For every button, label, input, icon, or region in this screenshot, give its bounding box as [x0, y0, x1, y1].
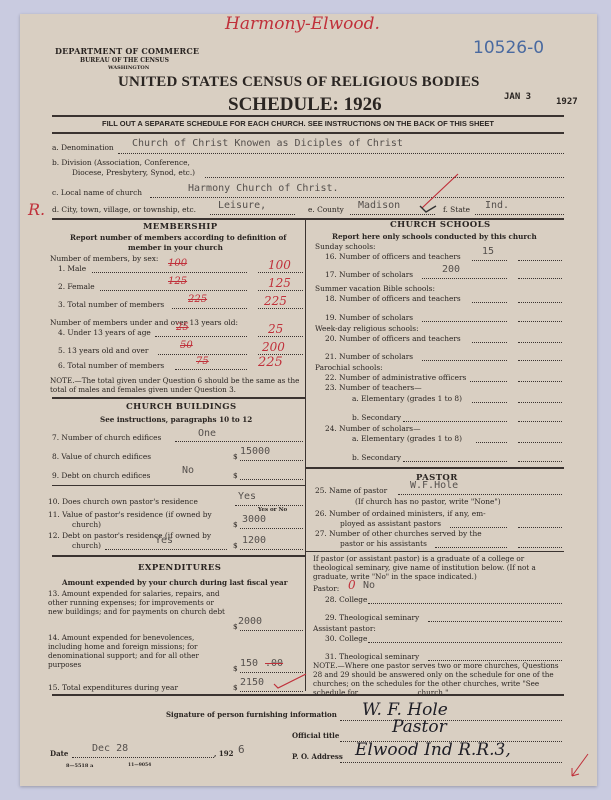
received-stamp-date: JAN 3 — [504, 92, 531, 102]
print-number: 11—9054 — [128, 763, 151, 768]
running-expenses-label: 13. Amount expended for salaries, repair… — [48, 589, 230, 616]
residence-value-field[interactable]: 3000 — [242, 514, 266, 525]
benevolences-struck-cents: .00 — [265, 658, 283, 669]
official-title-field[interactable]: Pastor — [392, 717, 447, 737]
weekday-scholars-label: 21. Number of scholars — [325, 352, 413, 361]
sunday-scholars-label: 17. Number of scholars — [325, 270, 413, 279]
total-by-age-label: 6. Total number of members — [58, 361, 164, 370]
sunday-schools-label: Sunday schools: — [315, 242, 375, 251]
county-label: e. County — [308, 205, 344, 214]
assistant-ministers-field[interactable] — [450, 527, 507, 528]
sunday-scholars-extra-field[interactable] — [518, 278, 562, 279]
benevolences-field[interactable]: 150 — [240, 658, 258, 669]
form-number: 8—5518 a — [66, 763, 93, 769]
summer-schools-label: Summer vacation Bible schools: — [315, 284, 435, 293]
address-label: P. O. Address — [292, 752, 343, 761]
male-label: 1. Male — [58, 264, 86, 273]
admin-officers-label: 22. Number of administrative officers — [325, 373, 466, 382]
banner-rule — [52, 132, 564, 134]
residence-debt-label: 12. Debt on pastor's residence (if owned… — [48, 531, 211, 540]
dollar-sign: $ — [233, 471, 238, 480]
scholars-elementary-field[interactable] — [476, 442, 507, 443]
expenditures-subtitle: Amount expended by your church during la… — [62, 578, 287, 587]
under-13-label: 4. Under 13 years of age — [58, 328, 151, 337]
total-members-struck-value: 225 — [188, 294, 207, 305]
red-circle-mark: 0 — [348, 578, 356, 592]
year-field[interactable]: 6 — [238, 743, 245, 756]
parochial-schools-label: Parochial schools: — [315, 363, 383, 372]
by-age-label: Number of members under and over 13 year… — [50, 318, 238, 327]
pastor-college-label: 28. College — [325, 595, 367, 604]
running-expenses-field[interactable]: 2000 — [238, 616, 262, 627]
city-name: WASHINGTON — [108, 65, 149, 71]
teachers-elementary-field[interactable] — [472, 402, 507, 403]
assistant-college-label: 30. College — [325, 634, 367, 643]
edifices-debt-label: 9. Debt on church edifices — [52, 471, 150, 480]
total-members-answer-line — [258, 308, 303, 309]
total-members-field[interactable]: 225 — [264, 294, 287, 308]
female-struck-value: 125 — [168, 276, 187, 287]
schools-heading: CHURCH SCHOOLS — [390, 220, 491, 230]
official-title-label: Official title — [292, 731, 339, 740]
schools-subtitle: Report here only schools conducted by th… — [332, 232, 537, 241]
membership-heading: MEMBERSHIP — [143, 222, 218, 232]
teachers-elementary-label: a. Elementary (grades 1 to 8) — [352, 394, 462, 403]
column-divider — [305, 218, 306, 691]
weekday-officers-field[interactable] — [472, 342, 507, 343]
city-label: d. City, town, village, or township, etc… — [52, 205, 196, 214]
under-13-line — [155, 336, 247, 337]
summer-officers-field[interactable] — [472, 302, 507, 303]
by-sex-label: Number of members, by sex: — [50, 254, 158, 263]
over-13-struck-value: 50 — [180, 340, 193, 351]
admin-officers-extra-field[interactable] — [518, 381, 562, 382]
year-prefix: , 192 — [214, 749, 234, 758]
pastor-seminary-field[interactable] — [428, 621, 562, 622]
summer-scholars-extra-field[interactable] — [518, 321, 562, 322]
residence-debt-field[interactable]: 1200 — [242, 535, 266, 546]
owns-residence-line — [235, 505, 303, 506]
residence-debt-amount-line — [240, 549, 303, 550]
edifices-debt-line — [240, 479, 303, 480]
edifices-count-field[interactable]: One — [198, 428, 216, 439]
dollar-sign: $ — [233, 520, 238, 529]
graduate-note: If pastor (or assistant pastor) is a gra… — [313, 554, 563, 581]
division-label: b. Division (Association, Conference, — [52, 158, 190, 167]
total-expenditures-label: 15. Total expenditures during year — [48, 683, 178, 692]
female-field[interactable]: 125 — [268, 276, 291, 290]
male-struck-value: 100 — [168, 258, 187, 269]
dollar-sign: $ — [233, 452, 238, 461]
date-line — [72, 757, 214, 758]
residence-value-label-2: church) — [72, 520, 101, 529]
teachers-elementary-extra-field[interactable] — [518, 402, 562, 403]
summer-officers-label: 18. Number of officers and teachers — [325, 294, 461, 303]
date-label: Date — [50, 749, 68, 758]
yes-or-no-hint: Yes or No — [258, 507, 287, 513]
file-number: 10526-0 — [473, 38, 544, 58]
local-name-line — [150, 197, 564, 198]
assistant-ministers-label-2: ployed as assistant pastors — [340, 519, 441, 528]
sunday-officers-field[interactable]: 15 — [482, 246, 494, 257]
assistant-college-field[interactable] — [368, 642, 562, 643]
handwritten-title: Harmony-Elwood. — [225, 14, 380, 34]
local-name-label: c. Local name of church — [52, 188, 142, 197]
schools-rule — [305, 467, 564, 469]
weekday-scholars-extra-field[interactable] — [518, 360, 562, 361]
pastor-name-field[interactable]: W.F.Hole — [410, 480, 458, 491]
address-line — [340, 762, 562, 763]
pastor-note: NOTE.—Where one pastor serves two or mor… — [313, 661, 563, 697]
arrow-mark-icon — [568, 752, 590, 782]
expenditures-heading: EXPENDITURES — [138, 563, 221, 573]
summer-officers-extra-field[interactable] — [518, 302, 562, 303]
weekday-schools-label: Week-day religious schools: — [315, 324, 419, 333]
dollar-sign: $ — [233, 541, 238, 550]
sunday-scholars-line — [422, 278, 507, 279]
sunday-officers-label: 16. Number of officers and teachers — [325, 252, 461, 261]
buildings-rule — [52, 485, 305, 486]
schedule-title: SCHEDULE: 1926 — [228, 94, 382, 116]
teachers-secondary-extra-field[interactable] — [518, 421, 562, 422]
denomination-line — [118, 153, 564, 154]
form-title: UNITED STATES CENSUS OF RELIGIOUS BODIES — [118, 74, 480, 91]
over-13-field[interactable]: 200 — [262, 340, 285, 354]
over-13-line — [158, 354, 247, 355]
residence-debt-label-2: church) — [72, 541, 101, 550]
assistant-ministers-extra-field[interactable] — [518, 527, 562, 528]
pastor-seminary-label: 29. Theological seminary — [325, 613, 419, 622]
signature-label: Signature of person furnishing informati… — [166, 710, 337, 719]
male-answer-line — [258, 272, 303, 273]
owns-residence-field[interactable]: Yes — [238, 491, 256, 502]
edifices-value-field[interactable]: 15000 — [240, 446, 270, 457]
residence-debt-line — [105, 549, 227, 550]
under-13-field[interactable]: 25 — [268, 322, 283, 336]
assistant-pastor-label: Assistant pastor: — [313, 624, 376, 633]
scholars-elementary-extra-field[interactable] — [518, 442, 562, 443]
admin-officers-field[interactable] — [470, 381, 507, 382]
footer-rule — [52, 694, 564, 696]
state-line — [475, 214, 564, 215]
scholars-secondary-label: b. Secondary — [352, 453, 401, 462]
edifices-count-line — [175, 441, 303, 442]
edifices-value-label: 8. Value of church edifices — [52, 452, 151, 461]
teachers-secondary-label: b. Secondary — [352, 413, 401, 422]
assistant-ministers-label: 26. Number of ordained ministers, if any… — [315, 509, 486, 518]
female-line — [100, 290, 247, 291]
scholars-secondary-field[interactable] — [403, 461, 507, 462]
under-13-answer-line — [258, 336, 303, 337]
total-by-age-struck-value: 75 — [196, 356, 209, 367]
dollar-sign: $ — [233, 683, 238, 692]
pastor-name-line — [398, 494, 562, 495]
state-label: f. State — [443, 205, 470, 214]
checkmark-icon — [272, 672, 308, 692]
weekday-scholars-field[interactable] — [422, 360, 507, 361]
scholars-elementary-label: a. Elementary (grades 1 to 8) — [352, 434, 462, 443]
sunday-scholars-field[interactable]: 200 — [442, 264, 460, 275]
sunday-officers-extra-field[interactable] — [518, 260, 562, 261]
pastor-education-field[interactable]: No — [363, 580, 375, 591]
total-by-age-line — [175, 369, 247, 370]
buildings-heading: CHURCH BUILDINGS — [126, 402, 237, 412]
received-stamp-year: 1927 — [556, 97, 578, 107]
other-churches-label-2: pastor or his assistants — [340, 539, 427, 548]
city-line — [210, 214, 295, 215]
male-field[interactable]: 100 — [268, 258, 291, 272]
benevolences-label: 14. Amount expended for benevolences, in… — [48, 633, 230, 669]
teachers-label: 23. Number of teachers— — [325, 383, 422, 392]
buildings-subtitle: See instructions, paragraphs 10 to 12 — [100, 415, 252, 424]
division-label-2: Diocese, Presbytery, Synod, etc.) — [72, 168, 195, 177]
instruction-banner: FILL OUT A SEPARATE SCHEDULE FOR EACH CH… — [102, 119, 494, 128]
dollar-sign: $ — [233, 664, 238, 673]
male-line — [92, 272, 247, 273]
bureau-name: BUREAU OF THE CENSUS — [80, 57, 169, 64]
edifices-debt-field[interactable]: No — [182, 465, 194, 476]
other-churches-extra-field[interactable] — [518, 547, 562, 548]
other-churches-field[interactable] — [435, 547, 507, 548]
pastor-name-hint: (If church has no pastor, write "None") — [355, 497, 501, 506]
total-members-label: 3. Total number of members — [58, 300, 164, 309]
date-field[interactable]: Dec 28 — [92, 743, 128, 754]
total-by-age-field[interactable]: 225 — [258, 355, 283, 370]
county-field[interactable]: Madison — [358, 200, 400, 211]
edifices-count-label: 7. Number of church edifices — [52, 433, 161, 442]
pastor-name-label: 25. Name of pastor — [315, 486, 387, 495]
owns-residence-label: 10. Does church own pastor's residence — [48, 497, 198, 506]
membership-subtitle-2: member in your church — [128, 243, 223, 252]
membership-note: NOTE.—The total given under Question 6 s… — [50, 376, 302, 394]
teachers-secondary-field[interactable] — [403, 421, 507, 422]
pastor-education-label: Pastor: — [313, 584, 339, 593]
membership-rule — [52, 397, 305, 399]
header-rule — [52, 115, 564, 117]
weekday-officers-label: 20. Number of officers and teachers — [325, 334, 461, 343]
under-13-struck-value: 25 — [176, 322, 189, 333]
over-13-label: 5. 13 years old and over — [58, 346, 148, 355]
membership-subtitle: Report number of members according to de… — [70, 233, 286, 242]
total-expenditures-field[interactable]: 2150 — [240, 677, 264, 688]
pastor-rule — [305, 551, 564, 552]
margin-mark: R. — [28, 200, 45, 219]
state-field[interactable]: Ind. — [485, 200, 509, 211]
division-field[interactable] — [205, 177, 564, 178]
summer-scholars-label: 19. Number of scholars — [325, 313, 413, 322]
sunday-officers-line — [472, 260, 507, 261]
weekday-officers-extra-field[interactable] — [518, 342, 562, 343]
running-expenses-line — [240, 630, 303, 631]
scholars-label: 24. Number of scholars— — [325, 424, 421, 433]
summer-scholars-field[interactable] — [422, 321, 507, 322]
pastor-college-field[interactable] — [368, 603, 562, 604]
address-field[interactable]: Elwood Ind R.R.3, — [355, 740, 511, 760]
edifices-value-line — [240, 460, 303, 461]
assistant-seminary-label: 31. Theological seminary — [325, 652, 419, 661]
residence-value-line — [240, 528, 303, 529]
city-field[interactable]: Leisure, — [218, 200, 266, 211]
other-churches-label: 27. Number of other churches served by t… — [315, 529, 482, 538]
buildings-end-rule — [52, 555, 305, 557]
total-members-line — [172, 308, 247, 309]
denomination-label: a. Denomination — [52, 143, 114, 152]
scholars-secondary-extra-field[interactable] — [518, 461, 562, 462]
local-name-field[interactable]: Harmony Church of Christ. — [188, 183, 339, 194]
denomination-field[interactable]: Church of Christ Knowen as Diciples of C… — [132, 138, 403, 149]
female-answer-line — [258, 290, 303, 291]
residence-value-label: 11. Value of pastor's residence (if owne… — [48, 510, 212, 519]
signature-line — [340, 720, 562, 721]
dollar-sign: $ — [233, 622, 238, 631]
residence-debt-typed[interactable]: Yes — [155, 535, 173, 546]
female-label: 2. Female — [58, 282, 95, 291]
department-name: DEPARTMENT OF COMMERCE — [55, 46, 199, 56]
